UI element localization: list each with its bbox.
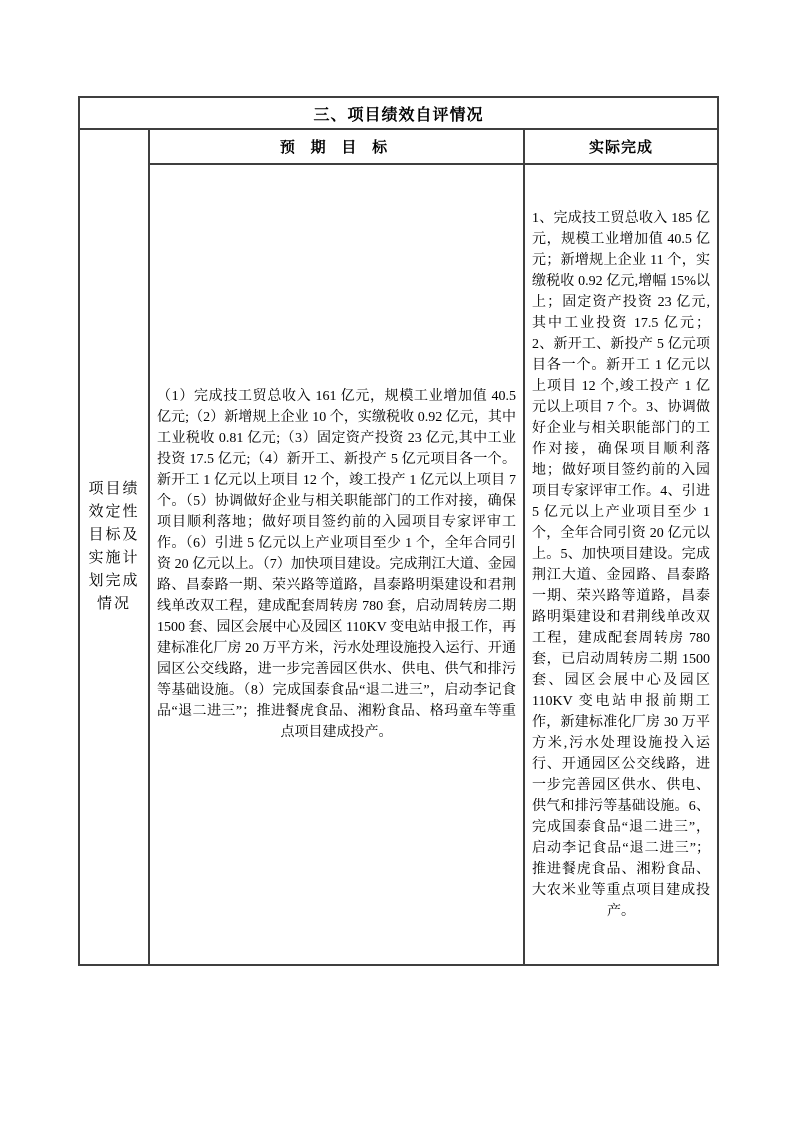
actual-completion-text: 1、完成技工贸总收入 185 亿元，规模工业增加值 40.5 亿元；新增规上企业… (524, 164, 718, 965)
row-label-line: 划完成 (80, 570, 148, 593)
row-label-line: 目标及 (80, 524, 148, 547)
section-title: 三、项目绩效自评情况 (79, 97, 718, 129)
column-header-expected-goals: 预 期 目 标 (149, 129, 524, 164)
body-row: （1）完成技工贸总收入 161 亿元，规模工业增加值 40.5 亿元;（2）新增… (79, 164, 718, 965)
header-row: 项目绩 效定性 目标及 实施计 划完成 情况 预 期 目 标 实际完成 (79, 129, 718, 164)
row-label-line: 情况 (80, 593, 148, 616)
title-row: 三、项目绩效自评情况 (79, 97, 718, 129)
row-label-line: 实施计 (80, 547, 148, 570)
row-label-line: 项目绩 (80, 478, 148, 501)
row-label-line: 效定性 (80, 501, 148, 524)
row-label: 项目绩 效定性 目标及 实施计 划完成 情况 (80, 478, 148, 616)
row-label-cell: 项目绩 效定性 目标及 实施计 划完成 情况 (79, 129, 149, 965)
column-header-actual-completion: 实际完成 (524, 129, 718, 164)
performance-self-evaluation-table: 三、项目绩效自评情况 项目绩 效定性 目标及 实施计 划完成 情况 预 期 目 … (78, 96, 719, 966)
document-page: 三、项目绩效自评情况 项目绩 效定性 目标及 实施计 划完成 情况 预 期 目 … (0, 0, 793, 1122)
expected-goals-text: （1）完成技工贸总收入 161 亿元，规模工业增加值 40.5 亿元;（2）新增… (149, 164, 524, 965)
